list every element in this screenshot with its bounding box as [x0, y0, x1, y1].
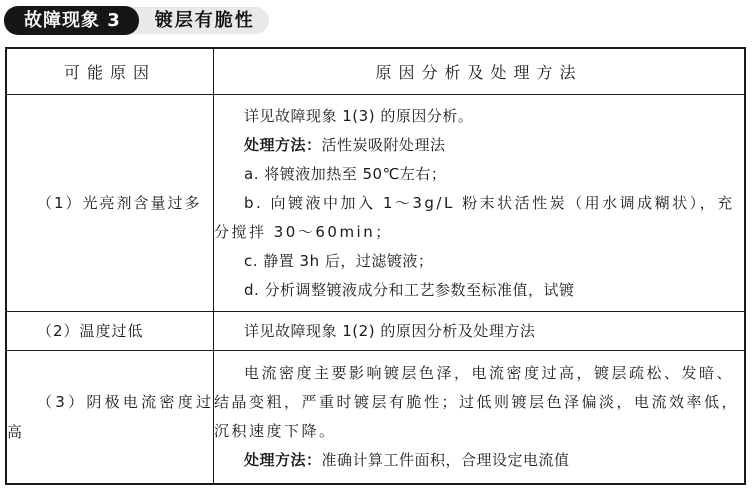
cause-cell: （2）温度过低 [6, 312, 214, 351]
table-row: （1）光亮剂含量过多 详见故障现象 1(3) 的原因分析。 处理方法：活性炭吸附… [6, 95, 745, 312]
analysis-line: 电流密度主要影响镀层色泽，电流密度过高，镀层疏松、发暗、结晶变粗，严重时镀层有脆… [214, 359, 744, 446]
method-label: 处理方法： [244, 136, 322, 154]
analysis-line: 处理方法：准确计算工件面积，合理设定电流值 [214, 446, 744, 475]
analysis-line: 处理方法：活性炭吸附处理法 [214, 131, 744, 160]
analysis-cell: 详见故障现象 1(2) 的原因分析及处理方法 [214, 312, 746, 351]
analysis-line: d. 分析调整镀液成分和工艺参数至标准值，试镀 [214, 276, 744, 305]
fault-table: 可能原因 原因分析及处理方法 （1）光亮剂含量过多 详见故障现象 1(3) 的原… [5, 47, 746, 485]
analysis-cell: 详见故障现象 1(3) 的原因分析。 处理方法：活性炭吸附处理法 a. 将镀液加… [214, 95, 746, 312]
section-title: 故障现象 3 镀层有脆性 [4, 6, 269, 35]
cause-text: （2）温度过低 [7, 316, 213, 346]
analysis-line: a. 将镀液加热至 50℃左右； [214, 160, 744, 189]
table-row: （2）温度过低 详见故障现象 1(2) 的原因分析及处理方法 [6, 312, 745, 351]
cause-text: （1）光亮剂含量过多 [7, 188, 213, 218]
header-analysis-method: 原因分析及处理方法 [214, 48, 746, 95]
table-row: （3）阴极电流密度过高 电流密度主要影响镀层色泽，电流密度过高，镀层疏松、发暗、… [6, 351, 745, 485]
table-header-row: 可能原因 原因分析及处理方法 [6, 48, 745, 95]
method-label: 处理方法： [244, 451, 322, 469]
fault-badge: 故障现象 3 [4, 6, 139, 35]
analysis-line: b. 向镀液中加入 1～3g/L 粉末状活性炭（用水调成糊状），充分搅拌 30～… [214, 189, 744, 247]
cause-text: （3）阴极电流密度过高 [7, 387, 213, 447]
analysis-cell: 电流密度主要影响镀层色泽，电流密度过高，镀层疏松、发暗、结晶变粗，严重时镀层有脆… [214, 351, 746, 485]
analysis-line: c. 静置 3h 后，过滤镀液； [214, 247, 744, 276]
cause-cell: （3）阴极电流密度过高 [6, 351, 214, 485]
method-text: 活性炭吸附处理法 [322, 136, 446, 154]
method-text: 准确计算工件面积，合理设定电流值 [322, 451, 570, 469]
analysis-line: 详见故障现象 1(2) 的原因分析及处理方法 [214, 317, 744, 346]
fault-subtitle: 镀层有脆性 [125, 7, 269, 34]
analysis-line: 详见故障现象 1(3) 的原因分析。 [214, 102, 744, 131]
cause-cell: （1）光亮剂含量过多 [6, 95, 214, 312]
header-possible-cause: 可能原因 [6, 48, 214, 95]
